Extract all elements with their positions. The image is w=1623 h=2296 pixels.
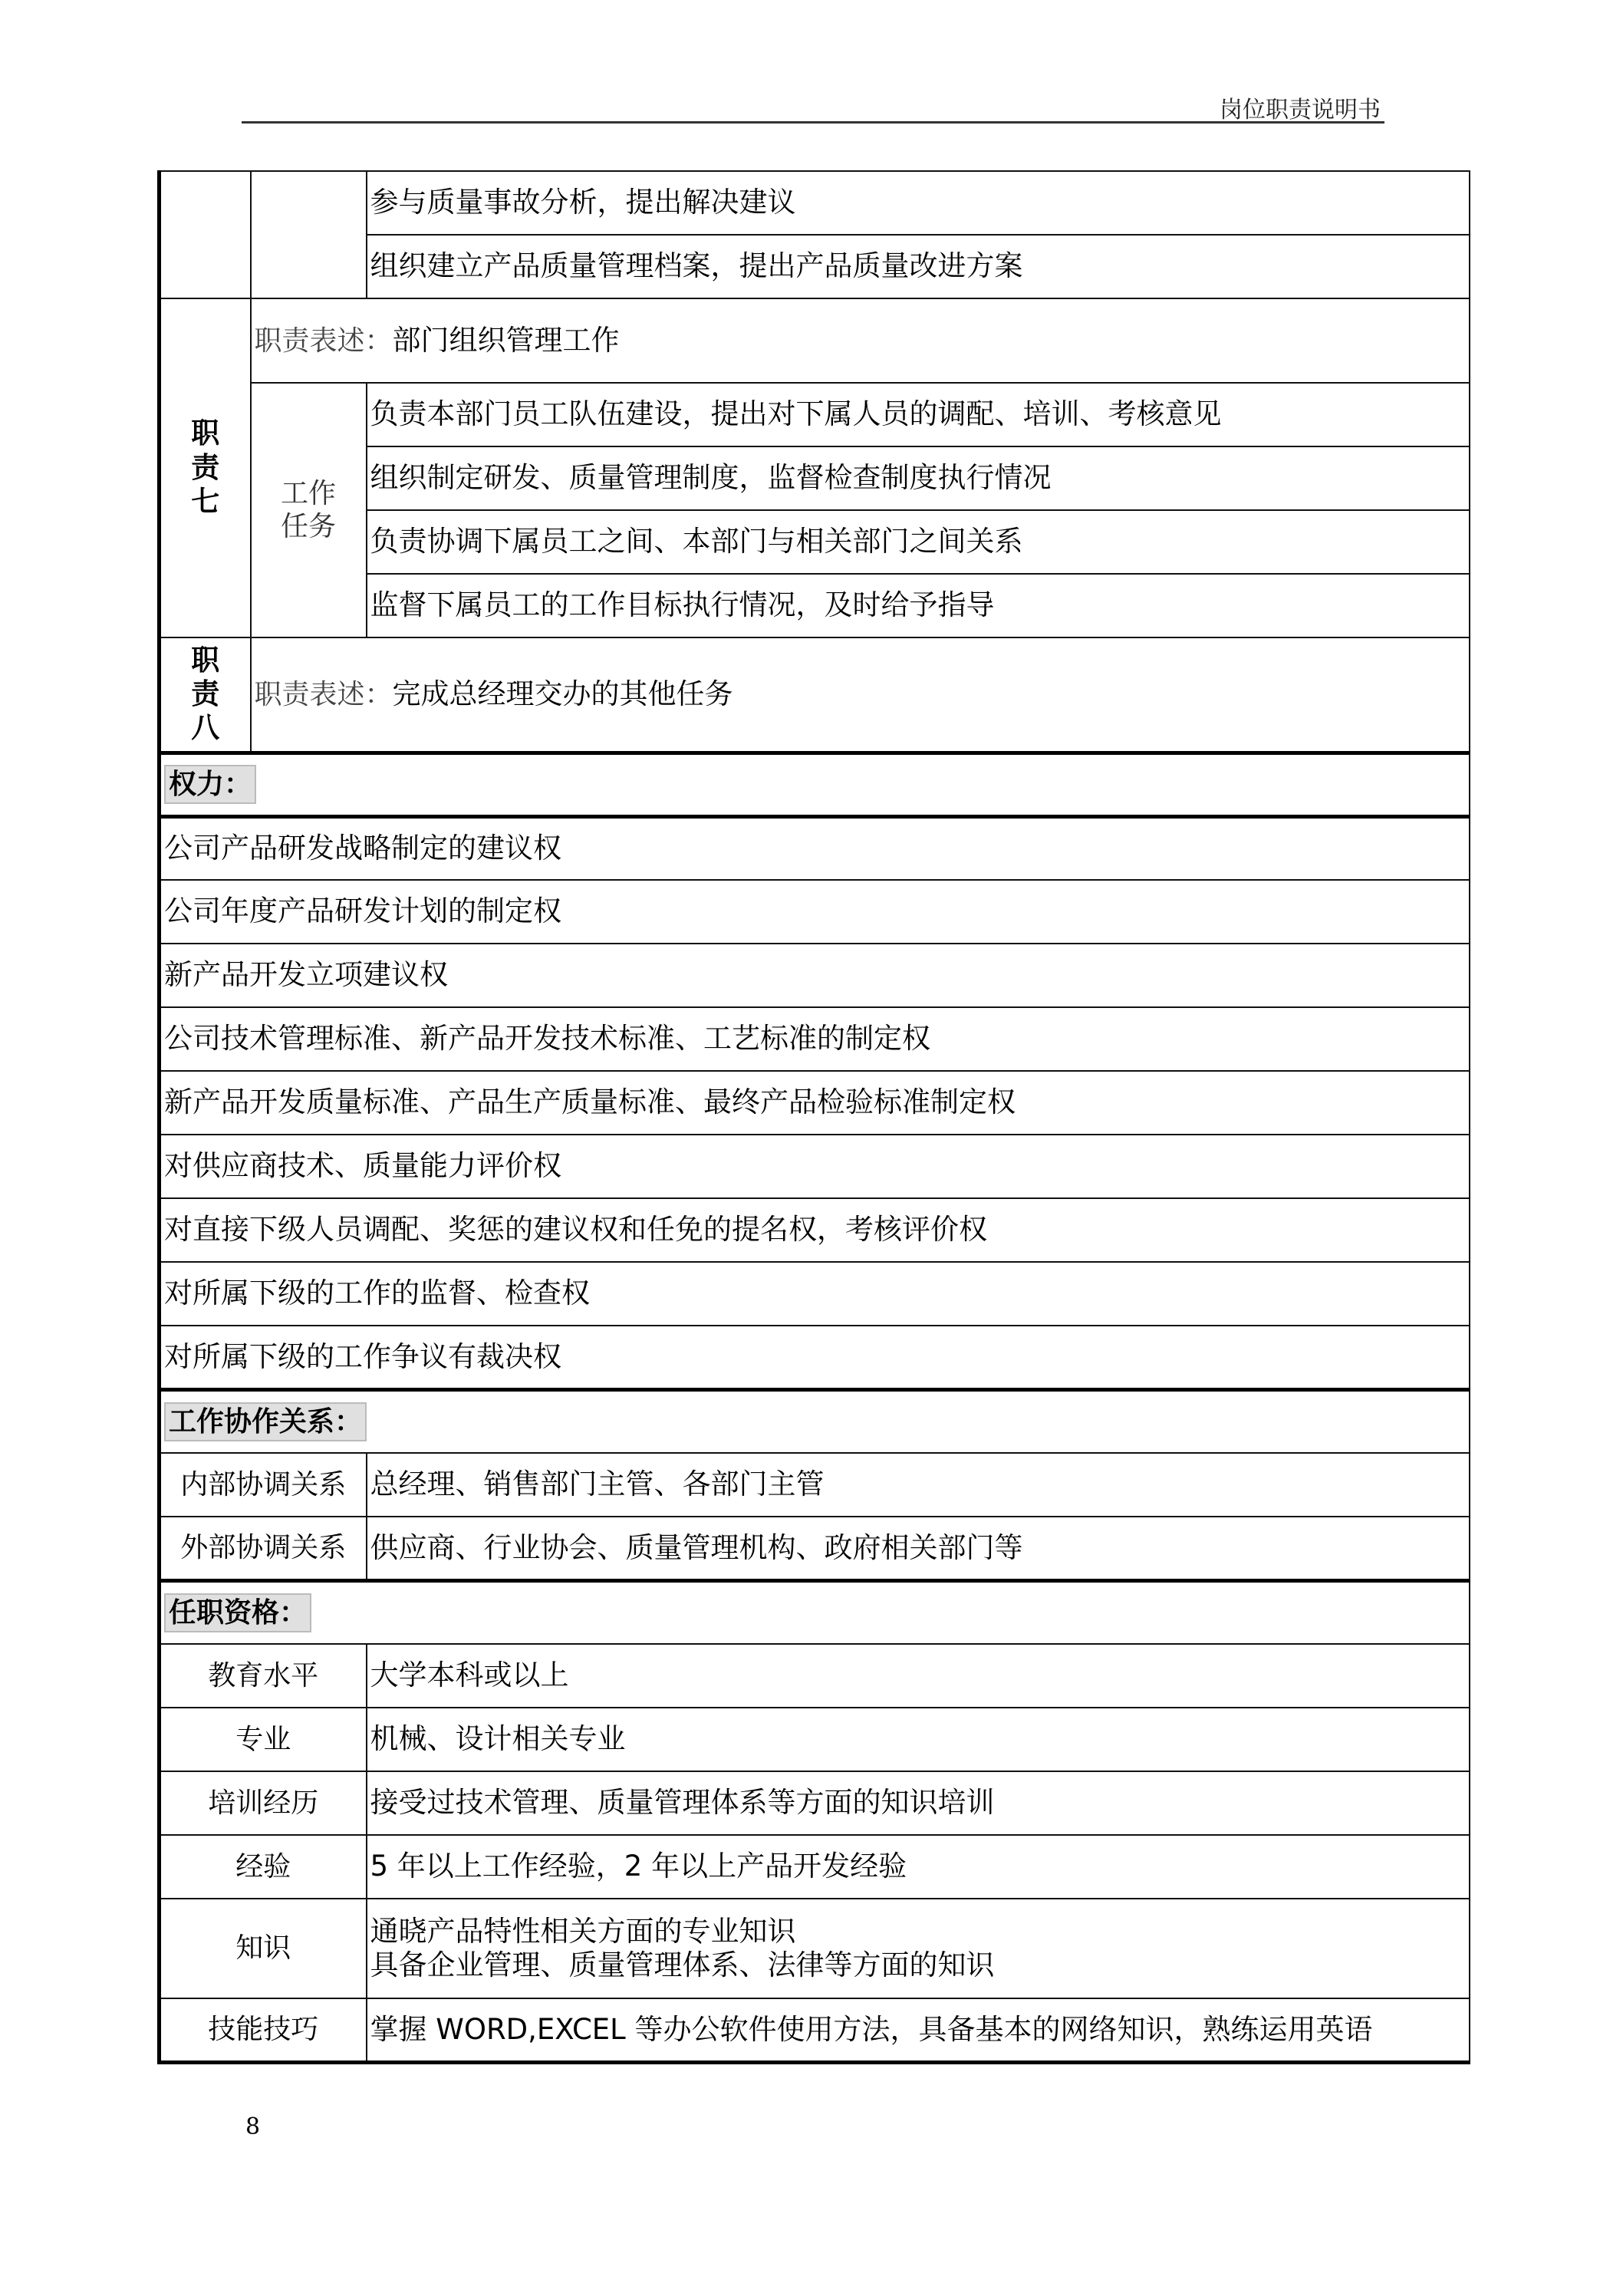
power-item: 新产品开发质量标准、产品生产质量标准、最终产品检验标准制定权	[160, 1071, 1470, 1135]
row-value: 大学本科或以上	[367, 1644, 1470, 1708]
power-item: 新产品开发立项建议权	[160, 944, 1470, 1007]
qualification-row: 经验 5 年以上工作经验，2 年以上产品开发经验	[160, 1835, 1470, 1899]
job-description-table: 参与质量事故分析，提出解决建议 组织建立产品质量管理档案，提出产品质量改进方案 …	[157, 170, 1470, 2064]
row-value: 供应商、行业协会、质量管理机构、政府相关部门等	[367, 1517, 1470, 1580]
row-value: 5 年以上工作经验，2 年以上产品开发经验	[367, 1835, 1470, 1899]
collaboration-row: 外部协调关系 供应商、行业协会、质量管理机构、政府相关部门等	[160, 1517, 1470, 1580]
power-item: 公司技术管理标准、新产品开发技术标准、工艺标准的制定权	[160, 1007, 1470, 1071]
desc-prefix: 职责表述：	[255, 679, 393, 710]
duty7-description: 职责表述：部门组织管理工作	[251, 298, 1470, 383]
power-item: 公司产品研发战略制定的建议权	[160, 816, 1470, 880]
row-label: 外部协调关系	[160, 1517, 367, 1580]
table-row: 参与质量事故分析，提出解决建议	[160, 171, 1470, 235]
duty8-label: 职 责 八	[160, 637, 251, 753]
qualification-row: 技能技巧 掌握 WORD,EXCEL 等办公软件使用方法，具备基本的网络知识，熟…	[160, 1998, 1470, 2062]
task-item: 组织建立产品质量管理档案，提出产品质量改进方案	[367, 235, 1470, 298]
duty-label-cell	[160, 171, 251, 298]
duty8-row: 职 责 八 职责表述：完成总经理交办的其他任务	[160, 637, 1470, 753]
row-value: 掌握 WORD,EXCEL 等办公软件使用方法，具备基本的网络知识，熟练运用英语	[367, 1998, 1470, 2062]
work-tasks-label: 工作 任务	[251, 383, 367, 637]
qualification-row: 教育水平 大学本科或以上	[160, 1644, 1470, 1708]
tasks-label-cell	[251, 171, 367, 298]
table-row: 工作 任务 负责本部门员工队伍建设，提出对下属人员的调配、培训、考核意见	[160, 383, 1470, 446]
desc-text: 完成总经理交办的其他任务	[393, 677, 733, 710]
task-item: 组织制定研发、质量管理制度，监督检查制度执行情况	[367, 446, 1470, 510]
desc-text: 部门组织管理工作	[393, 324, 620, 357]
power-item: 对所属下级的工作争议有裁决权	[160, 1326, 1470, 1389]
task-item: 负责本部门员工队伍建设，提出对下属人员的调配、培训、考核意见	[367, 383, 1470, 446]
power-item: 对供应商技术、质量能力评价权	[160, 1135, 1470, 1198]
duty7-desc-row: 职 责 七 职责表述：部门组织管理工作	[160, 298, 1470, 383]
row-value: 总经理、销售部门主管、各部门主管	[367, 1453, 1470, 1517]
power-item: 对直接下级人员调配、奖惩的建议权和任免的提名权，考核评价权	[160, 1198, 1470, 1262]
row-label: 知识	[160, 1899, 367, 1998]
header-divider	[242, 121, 1384, 124]
task-item: 监督下属员工的工作目标执行情况，及时给予指导	[367, 574, 1470, 637]
document-title: 岗位职责说明书	[1197, 91, 1381, 124]
collaboration-row: 内部协调关系 总经理、销售部门主管、各部门主管	[160, 1453, 1470, 1517]
power-item: 对所属下级的工作的监督、检查权	[160, 1262, 1470, 1326]
qualification-row: 培训经历 接受过技术管理、质量管理体系等方面的知识培训	[160, 1771, 1470, 1835]
collaboration-heading: 工作协作关系：	[164, 1402, 367, 1441]
page-number: 8	[245, 2113, 260, 2140]
desc-prefix: 职责表述：	[255, 325, 393, 357]
row-value: 机械、设计相关专业	[367, 1708, 1470, 1771]
row-label: 技能技巧	[160, 1998, 367, 2062]
row-value: 接受过技术管理、质量管理体系等方面的知识培训	[367, 1771, 1470, 1835]
duty8-description: 职责表述：完成总经理交办的其他任务	[251, 637, 1470, 753]
collaboration-heading-row: 工作协作关系：	[160, 1389, 1470, 1453]
qualifications-heading: 任职资格：	[164, 1593, 311, 1632]
row-label: 内部协调关系	[160, 1453, 367, 1517]
powers-heading-row: 权力：	[160, 753, 1470, 816]
qualification-row: 知识 通晓产品特性相关方面的专业知识 具备企业管理、质量管理体系、法律等方面的知…	[160, 1899, 1470, 1998]
row-label: 教育水平	[160, 1644, 367, 1708]
qualification-row: 专业 机械、设计相关专业	[160, 1708, 1470, 1771]
task-item: 负责协调下属员工之间、本部门与相关部门之间关系	[367, 510, 1470, 574]
row-label: 培训经历	[160, 1771, 367, 1835]
duty7-label: 职 责 七	[160, 298, 251, 637]
row-value: 通晓产品特性相关方面的专业知识 具备企业管理、质量管理体系、法律等方面的知识	[367, 1899, 1470, 1998]
task-item: 参与质量事故分析，提出解决建议	[367, 171, 1470, 235]
qualifications-heading-row: 任职资格：	[160, 1580, 1470, 1644]
power-item: 公司年度产品研发计划的制定权	[160, 880, 1470, 944]
powers-heading: 权力：	[164, 765, 256, 804]
row-label: 经验	[160, 1835, 367, 1899]
row-label: 专业	[160, 1708, 367, 1771]
